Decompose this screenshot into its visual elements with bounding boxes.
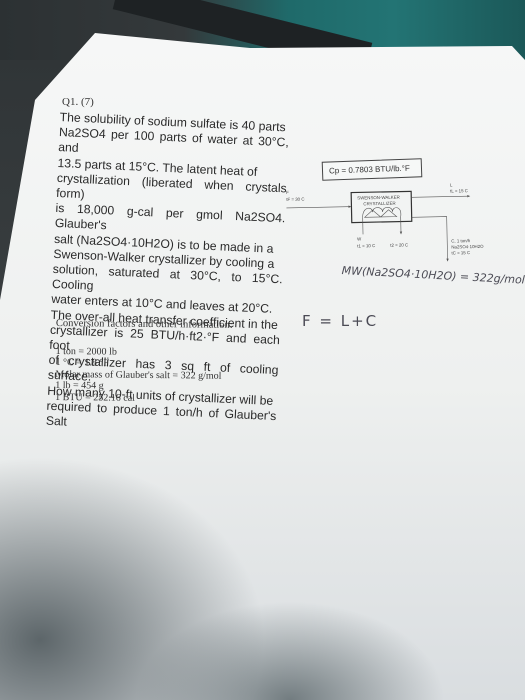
crystal-formula: Na2SO4·10H2O (451, 244, 483, 250)
crystallizer-diagram: SWENSON-WALKER CRYSTALLIZER F tF = 30 C … (284, 182, 486, 266)
feed-name: F (286, 190, 289, 195)
handwritten-molar-mass: MW(Na2SO4·10H2O) = 322g/mol (341, 264, 525, 287)
conversion-factors: Conversion factors and other information… (55, 318, 233, 405)
conversion-header: Conversion factors and other information… (56, 318, 233, 331)
question-label: Q1. (7) (62, 96, 94, 108)
liquor-name: L (450, 182, 453, 187)
conversion-item: 1 BTU = 252.16 cal (55, 392, 232, 405)
feed-temp: tF = 30 C (286, 197, 304, 202)
liquor-temp: tL = 15 C (450, 188, 468, 193)
unit-title-1: SWENSON-WALKER (357, 195, 400, 201)
water-temp-in: t1 = 10 C (357, 243, 375, 248)
crystal-temp: tC = 15 C (451, 250, 470, 255)
crystal-rate: C, 1 ton/h (451, 238, 470, 243)
unit-title-2: CRYSTALLIZER (363, 201, 395, 207)
paper-sheet: Q1. (7) The solubility of sodium sulfate… (0, 0, 525, 700)
heat-capacity-box: Cp = 0.7803 BTU/lb.°F (322, 158, 423, 180)
water-name: W (357, 236, 361, 241)
handwritten-mass-balance: F = L+C (302, 312, 378, 330)
water-temp-out: t2 = 20 C (390, 242, 408, 247)
